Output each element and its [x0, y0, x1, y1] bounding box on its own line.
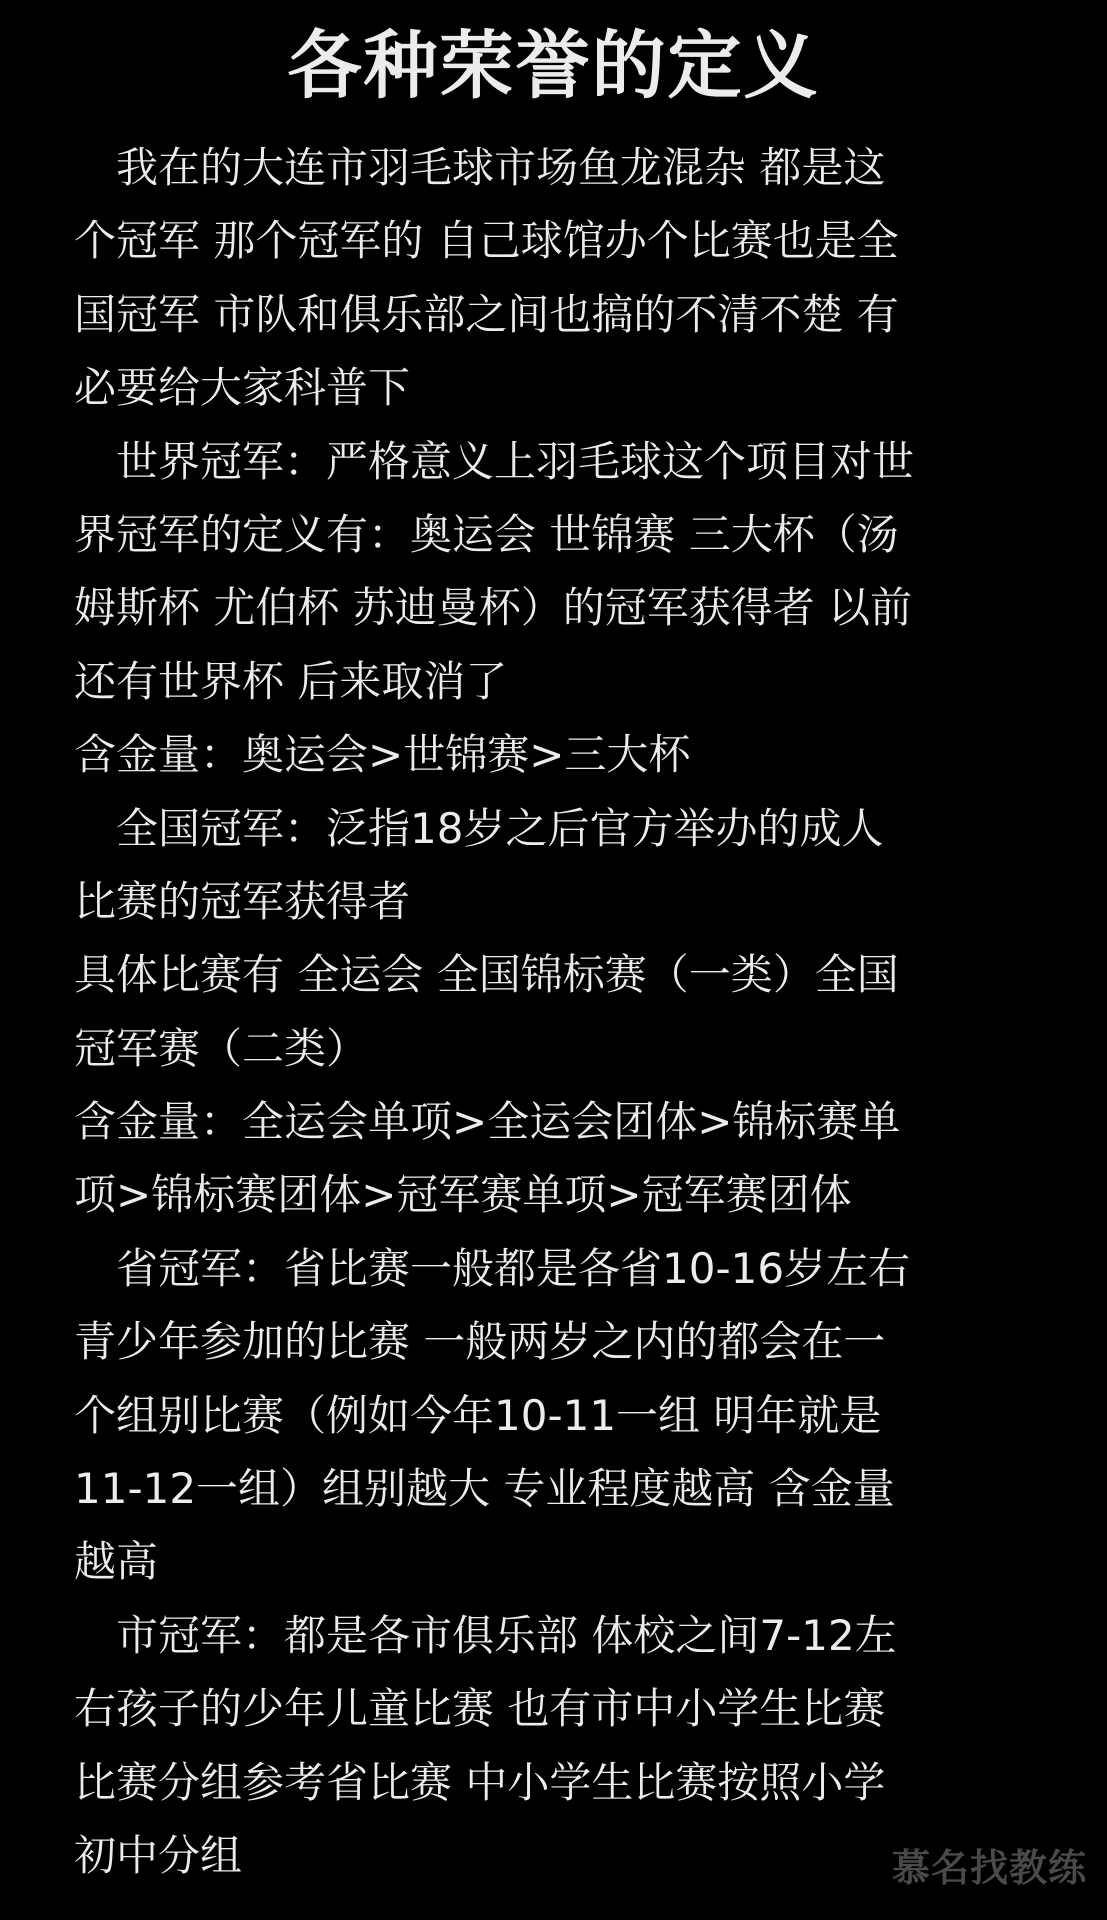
article-body: 我在的大连市羽毛球市场鱼龙混杂 都是这 个冠军 那个冠军的 自己球馆办个比赛也是… [74, 131, 1074, 1892]
text-line: 界冠军的定义有：奥运会 世锦赛 三大杯（汤 [74, 498, 1074, 571]
text-line: 个冠军 那个冠军的 自己球馆办个比赛也是全 [74, 204, 1074, 277]
text-line: 项>锦标赛团体>冠军赛单项>冠军赛团体 [74, 1158, 1074, 1231]
watermark: 慕名找教练 [892, 1837, 1087, 1892]
text-line: 越高 [74, 1525, 1074, 1598]
text-line: 比赛分组参考省比赛 中小学生比赛按照小学 [74, 1746, 1074, 1819]
text-line: 姆斯杯 尤伯杯 苏迪曼杯）的冠军获得者 以前 [74, 571, 1074, 644]
text-line: 国冠军 市队和俱乐部之间也搞的不清不楚 有 [74, 278, 1074, 351]
text-line: 青少年参加的比赛 一般两岁之内的都会在一 [74, 1305, 1074, 1378]
text-line: 还有世界杯 后来取消了 [74, 645, 1074, 718]
text-line: 11-12一组）组别越大 专业程度越高 含金量 [74, 1452, 1074, 1525]
text-line: 个组别比赛（例如今年10-11一组 明年就是 [74, 1379, 1074, 1452]
text-line: 右孩子的少年儿童比赛 也有市中小学生比赛 [74, 1672, 1074, 1745]
text-line: 冠军赛（二类） [74, 1012, 1074, 1085]
text-line: 我在的大连市羽毛球市场鱼龙混杂 都是这 [74, 131, 1074, 204]
text-line: 市冠军：都是各市俱乐部 体校之间7-12左 [74, 1599, 1074, 1672]
text-line: 世界冠军：严格意义上羽毛球这个项目对世 [74, 425, 1074, 498]
text-line: 具体比赛有 全运会 全国锦标赛（一类）全国 [74, 938, 1074, 1011]
text-line: 含金量：全运会单项>全运会团体>锦标赛单 [74, 1085, 1074, 1158]
text-line: 省冠军：省比赛一般都是各省10-16岁左右 [74, 1232, 1074, 1305]
page-title: 各种荣誉的定义 [0, 18, 1107, 114]
text-line: 必要给大家科普下 [74, 351, 1074, 424]
text-line: 含金量：奥运会>世锦赛>三大杯 [74, 718, 1074, 791]
text-line: 全国冠军：泛指18岁之后官方举办的成人 [74, 792, 1074, 865]
text-line: 比赛的冠军获得者 [74, 865, 1074, 938]
